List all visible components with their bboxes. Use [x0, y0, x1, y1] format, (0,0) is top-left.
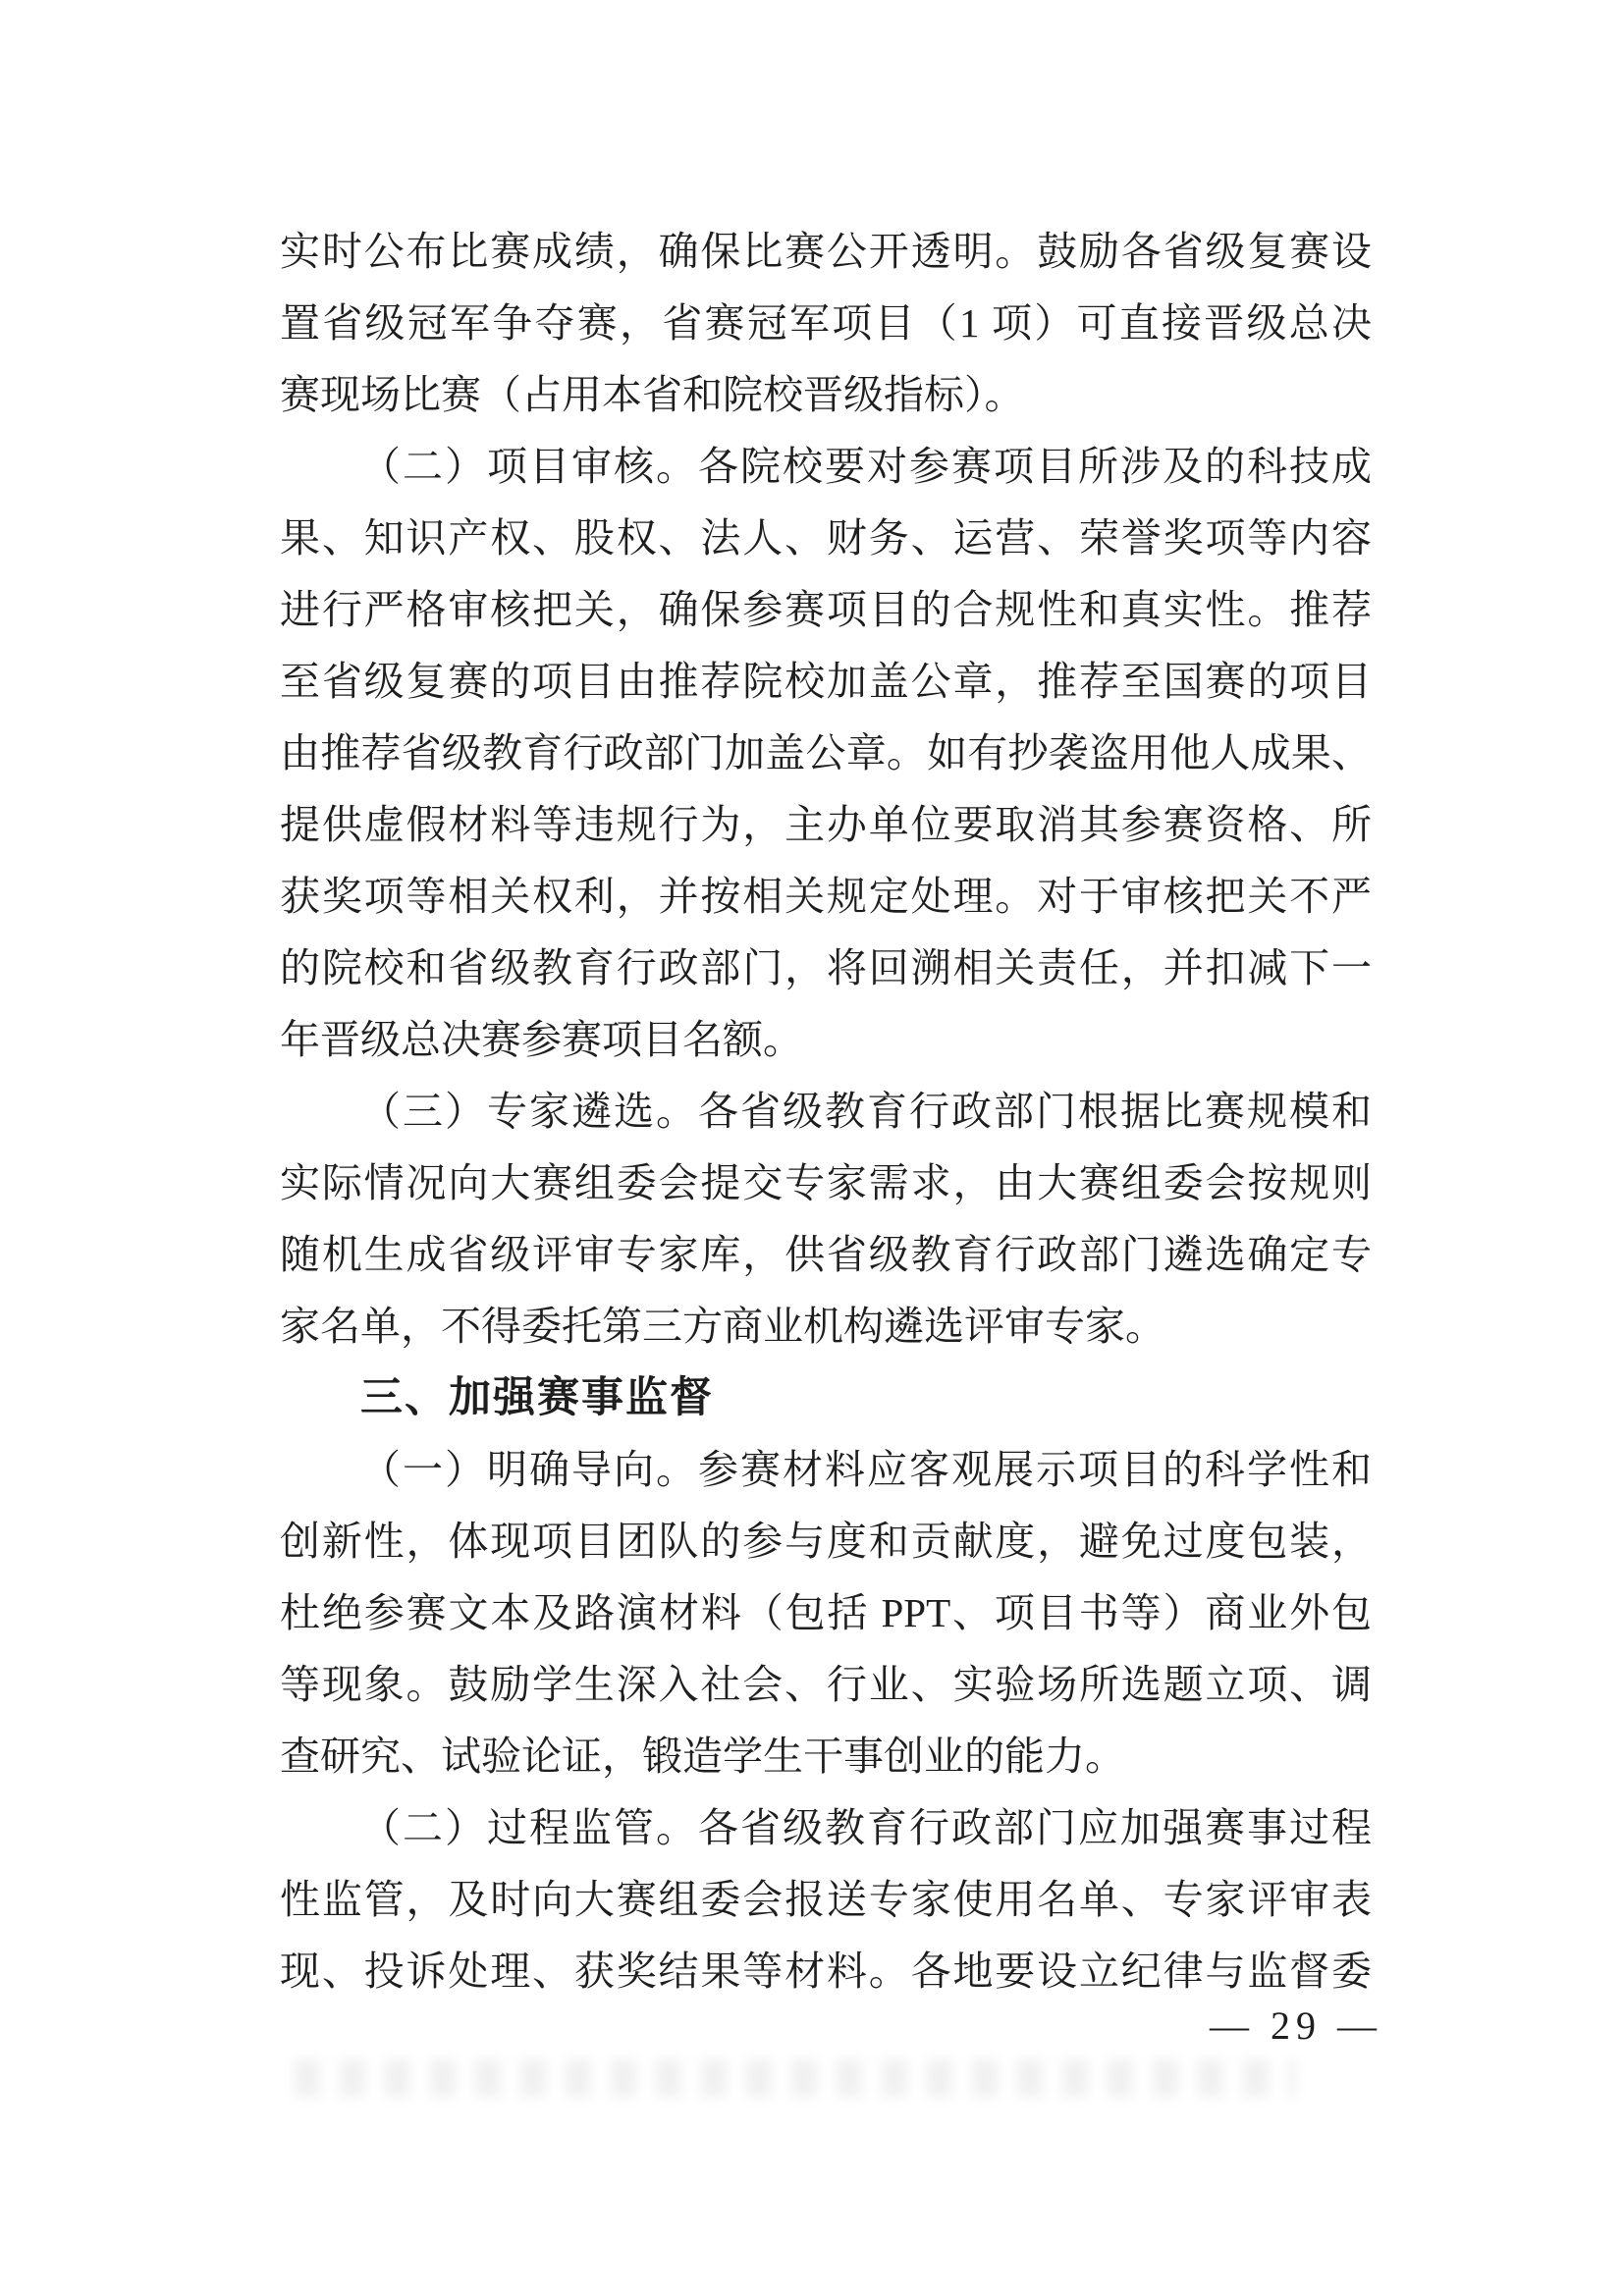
text-line: 杜绝参赛文本及路演材料（包括 PPT、项目书等）商业外包: [280, 1577, 1372, 1649]
text-line: 果、知识产权、股权、法人、财务、运营、荣誉奖项等内容: [280, 503, 1372, 574]
section-heading: 三、加强赛事监督: [280, 1362, 1372, 1434]
text-line: 家名单，不得委托第三方商业机构遴选评审专家。: [280, 1291, 1372, 1362]
text-line: 实际情况向大赛组委会提交专家需求，由大赛组委会按规则: [280, 1148, 1372, 1219]
text-line: 进行严格审核把关，确保参赛项目的合规性和真实性。推荐: [280, 574, 1372, 646]
text-line: 实时公布比赛成绩，确保比赛公开透明。鼓励各省级复赛设: [280, 216, 1372, 288]
scan-bleed-artifact: [295, 2059, 1296, 2097]
text-line: 置省级冠军争夺赛，省赛冠军项目（1 项）可直接晋级总决: [280, 288, 1372, 359]
text-line: 查研究、试验论证，锻造学生干事创业的能力。: [280, 1721, 1372, 1792]
text-line: 现、投诉处理、获奖结果等材料。各地要设立纪律与监督委: [280, 1936, 1372, 2007]
text-line: 获奖项等相关权利，并按相关规定处理。对于审核把关不严: [280, 861, 1372, 933]
page-text: 实时公布比赛成绩，确保比赛公开透明。鼓励各省级复赛设置省级冠军争夺赛，省赛冠军项…: [280, 216, 1372, 2007]
text-line: 创新性，体现项目团队的参与度和贡献度，避免过度包装，: [280, 1506, 1372, 1577]
text-line: 随机生成省级评审专家库，供省级教育行政部门遴选确定专: [280, 1219, 1372, 1291]
text-line: 赛现场比赛（占用本省和院校晋级指标）。: [280, 359, 1372, 431]
text-line: 由推荐省级教育行政部门加盖公章。如有抄袭盗用他人成果、: [280, 718, 1372, 789]
text-line: （一）明确导向。参赛材料应客观展示项目的科学性和: [280, 1434, 1372, 1506]
text-line: 提供虚假材料等违规行为，主办单位要取消其参赛资格、所: [280, 789, 1372, 861]
text-line: 等现象。鼓励学生深入社会、行业、实验场所选题立项、调: [280, 1649, 1372, 1721]
page-number: — 29 —: [1210, 2002, 1382, 2049]
text-line: （二）过程监管。各省级教育行政部门应加强赛事过程: [280, 1792, 1372, 1864]
document-page: 实时公布比赛成绩，确保比赛公开透明。鼓励各省级复赛设置省级冠军争夺赛，省赛冠军项…: [0, 0, 1623, 2296]
text-line: 至省级复赛的项目由推荐院校加盖公章，推荐至国赛的项目: [280, 646, 1372, 718]
text-line: （三）专家遴选。各省级教育行政部门根据比赛规模和: [280, 1076, 1372, 1148]
text-line: 性监管，及时向大赛组委会报送专家使用名单、专家评审表: [280, 1864, 1372, 1936]
text-line: （二）项目审核。各院校要对参赛项目所涉及的科技成: [280, 431, 1372, 503]
text-line: 的院校和省级教育行政部门，将回溯相关责任，并扣减下一: [280, 933, 1372, 1004]
text-line: 年晋级总决赛参赛项目名额。: [280, 1004, 1372, 1076]
